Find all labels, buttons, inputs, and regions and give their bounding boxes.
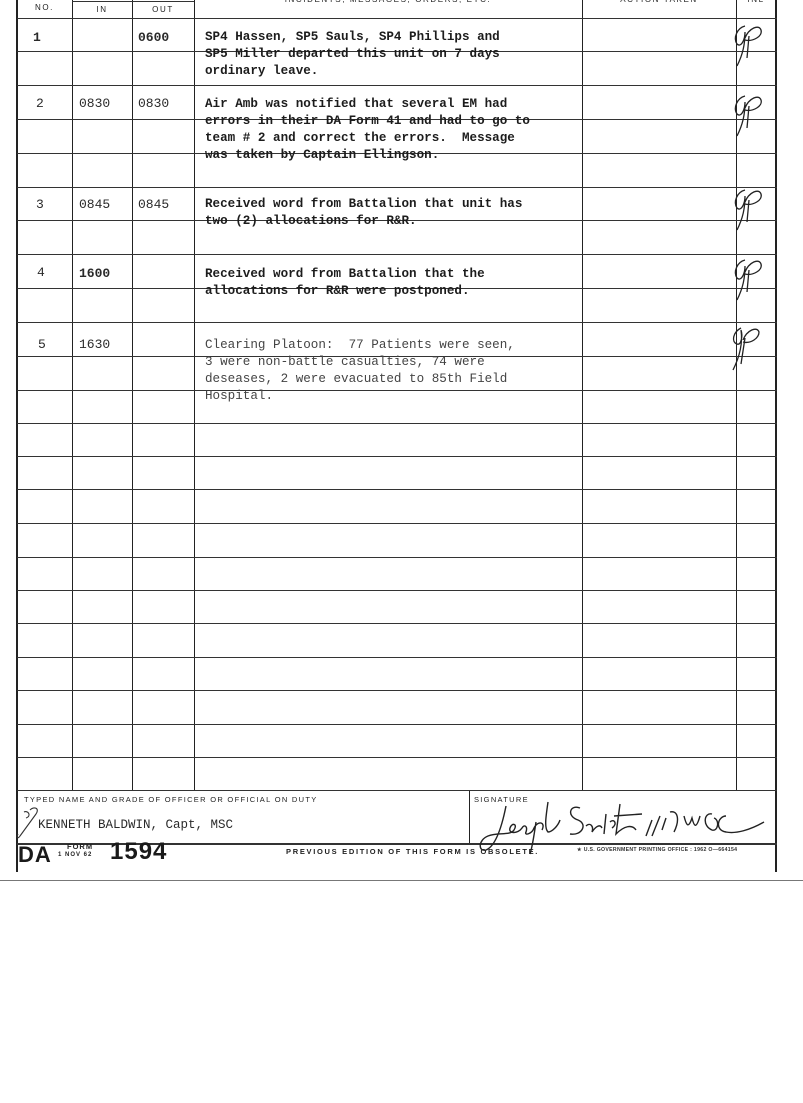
row-line bbox=[17, 724, 777, 725]
header-bottom-rule bbox=[17, 18, 777, 19]
header-time-in: IN bbox=[72, 5, 132, 14]
form-number: 1594 bbox=[110, 838, 167, 866]
entry-text-line: two (2) allocations for R&R. bbox=[205, 213, 417, 230]
row-line bbox=[17, 254, 777, 255]
handwritten-initials-icon bbox=[731, 256, 765, 304]
entry-text-line: was taken by Captain Ellingson. bbox=[205, 147, 439, 164]
entry-number: 2 bbox=[36, 96, 44, 111]
row-line bbox=[17, 690, 777, 691]
page-edge-line bbox=[0, 880, 803, 881]
row-line bbox=[17, 322, 777, 323]
entry-text-line: deseases, 2 were evacuated to 85th Field bbox=[205, 371, 507, 388]
form-agency: DA bbox=[18, 842, 52, 868]
entry-number: 5 bbox=[38, 337, 46, 352]
header-time-out: OUT bbox=[132, 5, 194, 14]
entry-time-in: 1630 bbox=[79, 337, 110, 352]
row-line bbox=[17, 489, 777, 490]
entry-number: 4 bbox=[37, 265, 45, 280]
header-initials: INL bbox=[736, 0, 776, 4]
entry-text-line: allocations for R&R were postponed. bbox=[205, 283, 470, 300]
entry-text-line: SP4 Hassen, SP5 Sauls, SP4 Phillips and bbox=[205, 29, 500, 46]
row-line bbox=[17, 85, 777, 86]
entry-time-in: 1600 bbox=[79, 266, 110, 281]
time-header-rule bbox=[72, 1, 194, 2]
form-edition-date: 1 NOV 62 bbox=[58, 851, 93, 859]
handwritten-initials-icon bbox=[731, 186, 765, 234]
entry-text-line: Received word from Battalion that unit h… bbox=[205, 196, 522, 213]
entry-time-out: 0830 bbox=[138, 96, 169, 111]
header-incidents: INCIDENTS, MESSAGES, ORDERS, ETC. bbox=[194, 0, 582, 4]
entry-time-in: 0830 bbox=[79, 96, 110, 111]
entry-text-line: Hospital. bbox=[205, 388, 273, 405]
entry-number: 1 bbox=[33, 30, 41, 45]
handwritten-initials-icon bbox=[731, 22, 765, 70]
row-line bbox=[17, 590, 777, 591]
row-line bbox=[17, 623, 777, 624]
row-line bbox=[17, 523, 777, 524]
form-label-block: FORM 1 NOV 62 bbox=[58, 843, 93, 859]
header-no: NO. bbox=[17, 3, 72, 12]
table-left-border bbox=[16, 0, 18, 872]
form-label: FORM bbox=[58, 843, 93, 851]
entry-text-line: errors in their DA Form 41 and had to go… bbox=[205, 113, 530, 130]
entry-time-out: 0845 bbox=[138, 197, 169, 212]
entry-text-line: Received word from Battalion that the bbox=[205, 266, 485, 283]
row-line bbox=[17, 390, 777, 391]
handwritten-initials-icon bbox=[729, 324, 763, 372]
row-line bbox=[17, 557, 777, 558]
officer-on-duty-name: KENNETH BALDWIN, Capt, MSC bbox=[38, 817, 233, 834]
row-line bbox=[17, 456, 777, 457]
printing-office-note: ★ U.S. GOVERNMENT PRINTING OFFICE : 1962… bbox=[577, 847, 737, 853]
row-line bbox=[17, 187, 777, 188]
entry-number: 3 bbox=[36, 197, 44, 212]
table-bottom-rule bbox=[17, 790, 777, 791]
officer-on-duty-label: TYPED NAME AND GRADE OF OFFICER OR OFFIC… bbox=[24, 795, 318, 804]
previous-edition-note: PREVIOUS EDITION OF THIS FORM IS OBSOLET… bbox=[286, 847, 539, 856]
row-line bbox=[17, 423, 777, 424]
entry-text-line: SP5 Miller departed this unit on 7 days bbox=[205, 46, 500, 63]
row-line bbox=[17, 657, 777, 658]
header-action-taken: ACTION TAKEN bbox=[582, 0, 736, 4]
entry-text-line: team # 2 and correct the errors. Message bbox=[205, 130, 515, 147]
handwritten-initials-icon bbox=[731, 92, 765, 140]
entry-text-line: Air Amb was notified that several EM had bbox=[205, 96, 507, 113]
entry-text-line: Clearing Platoon: 77 Patients were seen, bbox=[205, 337, 515, 354]
handwritten-mark-icon bbox=[14, 806, 44, 840]
entry-time-out: 0600 bbox=[138, 30, 169, 45]
footer-divider bbox=[469, 791, 470, 843]
row-line bbox=[17, 757, 777, 758]
entry-text-line: 3 were non-battle casualties, 74 were bbox=[205, 354, 485, 371]
entry-text-line: ordinary leave. bbox=[205, 63, 318, 80]
entry-time-in: 0845 bbox=[79, 197, 110, 212]
duty-officer-log-page: NO. IN OUT INCIDENTS, MESSAGES, ORDERS, … bbox=[0, 0, 803, 1103]
table-right-border bbox=[775, 0, 777, 872]
